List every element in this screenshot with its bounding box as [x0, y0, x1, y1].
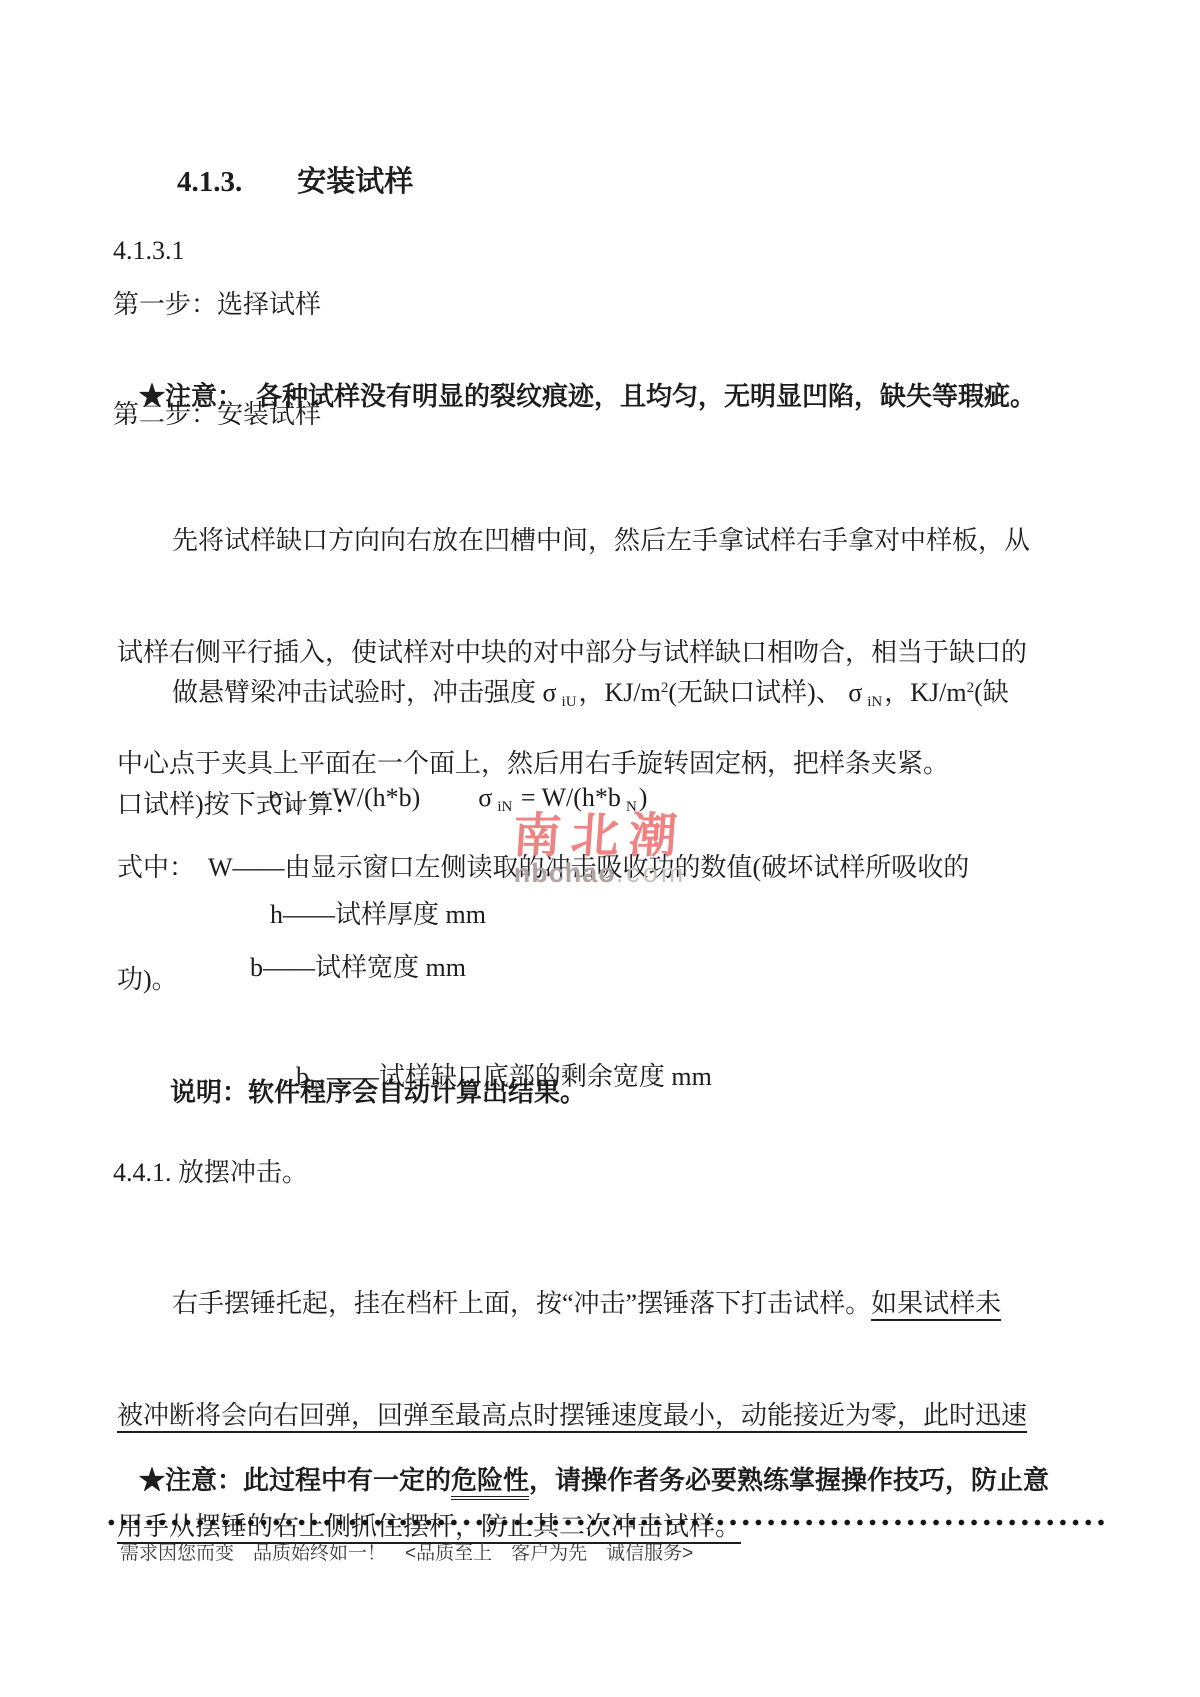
notice-2-star-prefix: ★注意：	[139, 1466, 243, 1495]
document-page: 4.1.3.安装试样 4.1.3.1 第一步：选择试样 ★注意： 各种试样没有明…	[0, 0, 1200, 1697]
sigma-iu-subscript: iU	[562, 694, 577, 710]
swing-text: 右手摆锤托起，挂在档杆上面，按“冲击”摆锤落下打击试样。	[172, 1289, 871, 1318]
paragraph-strength-line-1: 做悬臂梁冲击试验时，冲击强度 σiU，KJ/m2(无缺口试样)、 σiN，KJ/…	[117, 667, 1009, 719]
footer-slogan: 需求因您而变 品质始终如一！ <品质至上 客户为先 诚信服务>	[120, 1542, 693, 1566]
m2-superscript: 2	[661, 680, 669, 696]
strength-text: 做悬臂梁冲击试验时，冲击强度 σ	[172, 678, 557, 707]
strength-text: ，KJ/m	[579, 678, 661, 707]
formula-legend-line-2: 功)。	[117, 954, 969, 1006]
danger-emphasis: 危险性	[451, 1466, 529, 1500]
step-2-line: 第二步：安装试样	[113, 396, 321, 434]
subsection-number: 4.1.3.1	[113, 232, 185, 270]
section-heading-title: 安装试样	[297, 166, 413, 198]
paragraph-install-line-1: 先将试样缺口方向向右放在凹槽中间，然后左手拿试样右手拿对中样板，从	[117, 515, 1030, 567]
strength-text: (无缺口试样)、 σ	[668, 678, 862, 707]
notice-2-text: ，请操作者务必要熟练掌握操作技巧，防止意	[529, 1466, 1049, 1495]
variable-h-definition: h——试样厚度 mm	[270, 892, 486, 937]
step-1-line: 第一步：选择试样	[113, 286, 321, 324]
auto-calc-note: 说明：软件程序会自动计算出结果。	[170, 1070, 586, 1115]
section-heading-number: 4.1.3.	[177, 166, 242, 198]
formula-legend-line-1: 式中： W——由显示窗口左侧读取的冲击吸收功的数值(破坏试样所吸收的	[117, 842, 969, 894]
dotted-divider	[105, 1518, 1108, 1527]
section-heading: 4.1.3.安装试样	[148, 122, 413, 242]
variable-b-definition: b——试样宽度 mm	[250, 945, 466, 990]
paragraph-swing-line-1: 右手摆锤托起，挂在档杆上面，按“冲击”摆锤落下打击试样。如果试样未	[117, 1278, 1027, 1330]
swing-underlined-text: 如果试样未	[871, 1289, 1001, 1318]
section-441-heading: 4.4.1. 放摆冲击。	[113, 1150, 308, 1195]
notice-1-body: 各种试样没有明显的裂纹痕迹，且均匀，无明显凹陷，缺失等瑕疵。	[230, 382, 1036, 411]
strength-text: (缺	[974, 678, 1009, 707]
strength-text: ，KJ/m	[884, 678, 966, 707]
m2-superscript: 2	[967, 680, 975, 696]
notice-2-text: 此过程中有一定的	[243, 1466, 451, 1495]
sigma-in-subscript: iN	[867, 694, 882, 710]
